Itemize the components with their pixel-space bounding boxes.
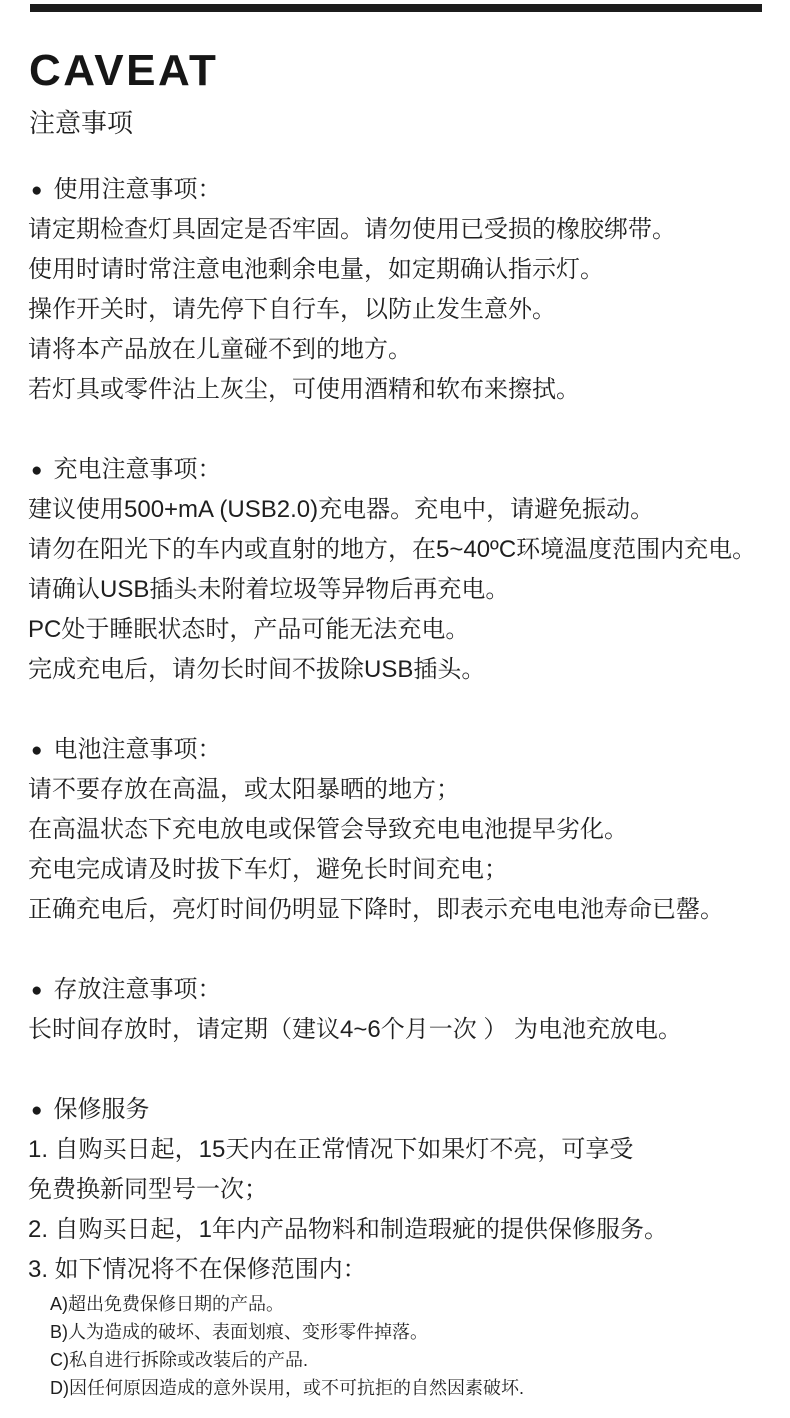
- top-divider-bar: [30, 4, 762, 12]
- section-heading: ● 存放注意事项：: [28, 970, 766, 1010]
- notice-line: PC处于睡眠状态时，产品可能无法充电。: [28, 610, 766, 650]
- bullet-icon: ●: [31, 741, 42, 760]
- warranty-exclusion-item: C)私自进行拆除或改装后的产品.: [28, 1346, 766, 1374]
- page-title: CAVEAT: [29, 49, 790, 93]
- section-charging-notes: ● 充电注意事项： 建议使用500+mA (USB2.0)充电器。充电中，请避免…: [28, 450, 766, 690]
- notice-line: 建议使用500+mA (USB2.0)充电器。充电中，请避免振动。: [28, 490, 766, 530]
- bullet-icon: ●: [31, 461, 42, 480]
- notice-line: 长时间存放时，请定期（建议4~6个月一次 ） 为电池充放电。: [28, 1010, 766, 1050]
- section-battery-notes: ● 电池注意事项： 请不要存放在高温，或太阳暴晒的地方； 在高温状态下充电放电或…: [28, 730, 766, 930]
- section-heading-text: 使用注意事项：: [53, 170, 221, 210]
- warranty-exclusion-item: B)人为造成的破坏、表面划痕、变形零件掉落。: [28, 1318, 766, 1346]
- notice-line: 请不要存放在高温，或太阳暴晒的地方；: [28, 770, 766, 810]
- section-warranty-service: ● 保修服务 1. 自购买日起，15天内在正常情况下如果灯不亮，可享受 免费换新…: [28, 1090, 766, 1402]
- notice-line: 使用时请时常注意电池剩余电量，如定期确认指示灯。: [28, 250, 766, 290]
- bullet-icon: ●: [31, 181, 42, 200]
- notice-line: 充电完成请及时拔下车灯，避免长时间充电；: [28, 850, 766, 890]
- warranty-item: 3. 如下情况将不在保修范围内：: [28, 1250, 766, 1290]
- notice-line: 完成充电后，请勿长时间不拔除USB插头。: [28, 650, 766, 690]
- page-subtitle: 注意事项: [29, 108, 790, 139]
- section-usage-notes: ● 使用注意事项： 请定期检查灯具固定是否牢固。请勿使用已受损的橡胶绑带。 使用…: [28, 170, 766, 410]
- notice-line: 正确充电后，亮灯时间仍明显下降时，即表示充电电池寿命已罄。: [28, 890, 766, 930]
- section-heading-text: 保修服务: [53, 1090, 149, 1130]
- notice-line: 若灯具或零件沾上灰尘，可使用酒精和软布来擦拭。: [28, 370, 766, 410]
- warranty-item: 免费换新同型号一次；: [28, 1170, 766, 1210]
- notice-line: 在高温状态下充电放电或保管会导致充电电池提早劣化。: [28, 810, 766, 850]
- bullet-icon: ●: [31, 1101, 42, 1120]
- warranty-item: 2. 自购买日起，1年内产品物料和制造瑕疵的提供保修服务。: [28, 1210, 766, 1250]
- caveat-content: ● 使用注意事项： 请定期检查灯具固定是否牢固。请勿使用已受损的橡胶绑带。 使用…: [0, 170, 790, 1402]
- notice-line: 请将本产品放在儿童碰不到的地方。: [28, 330, 766, 370]
- notice-line: 请定期检查灯具固定是否牢固。请勿使用已受损的橡胶绑带。: [28, 210, 766, 250]
- bullet-icon: ●: [31, 981, 42, 1000]
- notice-line: 操作开关时，请先停下自行车，以防止发生意外。: [28, 290, 766, 330]
- caveat-page: CAVEAT 注意事项 ● 使用注意事项： 请定期检查灯具固定是否牢固。请勿使用…: [0, 4, 790, 1418]
- section-heading: ● 保修服务: [28, 1090, 766, 1130]
- warranty-exclusion-item: A)超出免费保修日期的产品。: [28, 1290, 766, 1318]
- section-heading: ● 使用注意事项：: [28, 170, 766, 210]
- notice-line: 请勿在阳光下的车内或直射的地方，在5~40ºC环境温度范围内充电。: [28, 530, 766, 570]
- section-heading: ● 电池注意事项：: [28, 730, 766, 770]
- section-heading: ● 充电注意事项：: [28, 450, 766, 490]
- warranty-exclusions-list: A)超出免费保修日期的产品。 B)人为造成的破坏、表面划痕、变形零件掉落。 C)…: [28, 1290, 766, 1402]
- warranty-exclusion-item: D)因任何原因造成的意外误用，或不可抗拒的自然因素破坏.: [28, 1374, 766, 1402]
- section-storage-notes: ● 存放注意事项： 长时间存放时，请定期（建议4~6个月一次 ） 为电池充放电。: [28, 970, 766, 1050]
- section-heading-text: 充电注意事项：: [53, 450, 221, 490]
- section-heading-text: 电池注意事项：: [53, 730, 221, 770]
- notice-line: 请确认USB插头未附着垃圾等异物后再充电。: [28, 570, 766, 610]
- warranty-item: 1. 自购买日起，15天内在正常情况下如果灯不亮，可享受: [28, 1130, 766, 1170]
- section-heading-text: 存放注意事项：: [53, 970, 221, 1010]
